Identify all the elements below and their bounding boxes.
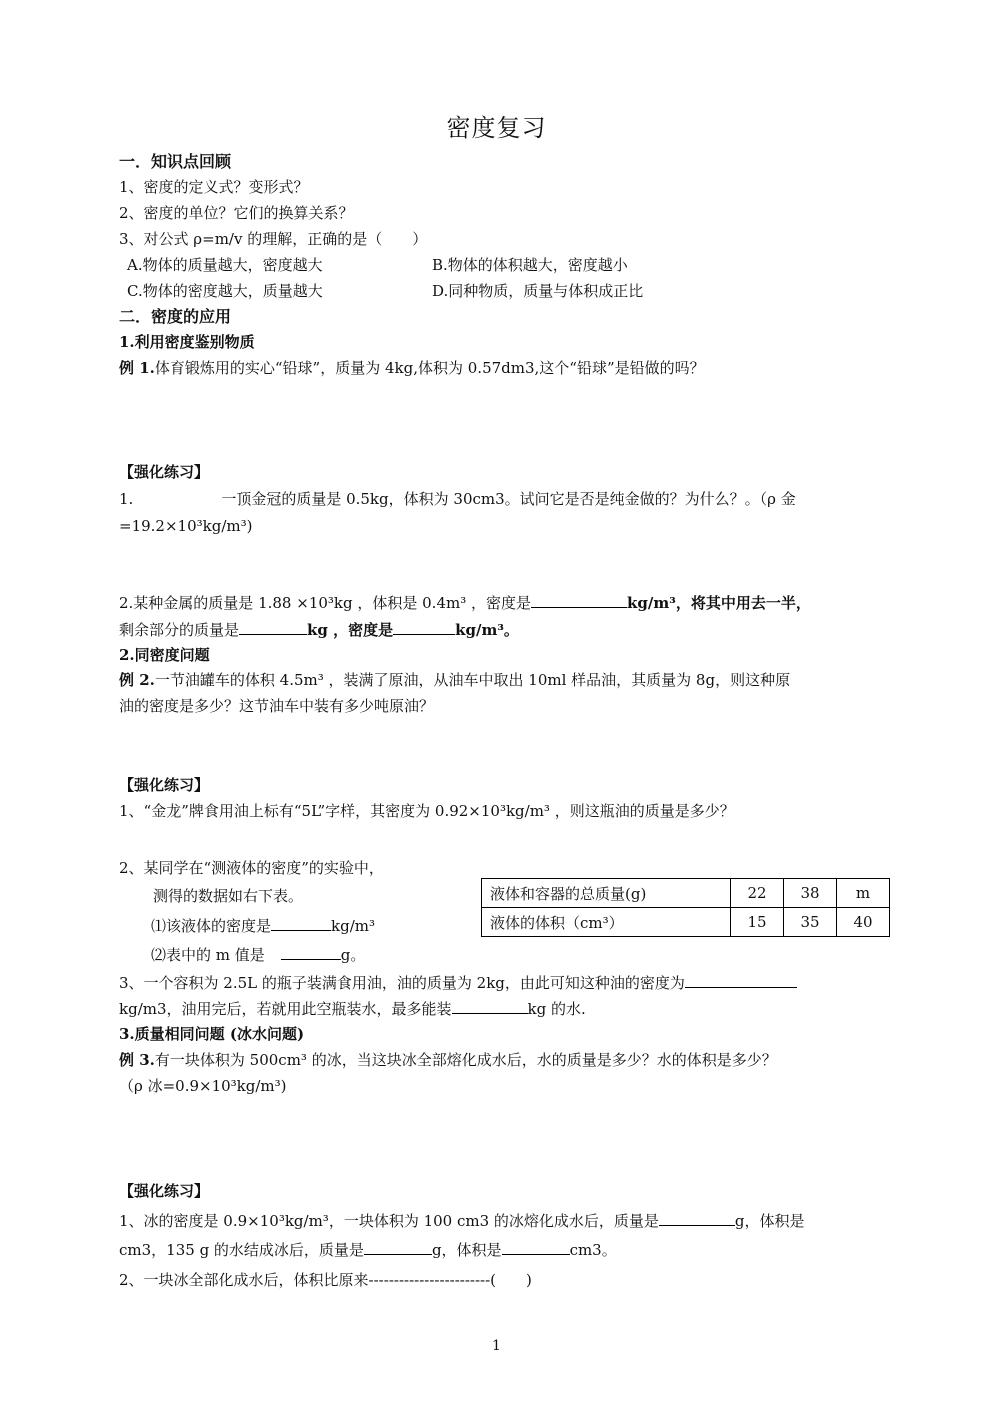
page-title: 密度复习 xyxy=(0,108,993,143)
practice-1-2-text-e: kg/m³。 xyxy=(455,621,519,639)
practice-1-1-number: 1. xyxy=(119,490,133,508)
example-1-label: 例 1. xyxy=(119,359,155,377)
practice-3-1-text-c: cm3，135 g 的水结成冰后，质量是 xyxy=(119,1241,364,1259)
option-c: C.物体的密度越大，质量越大 xyxy=(127,281,323,301)
question-3: 3、对公式 ρ=m/v 的理解，正确的是（ ） xyxy=(119,229,427,249)
practice-2-2-q2-unit: g。 xyxy=(341,946,366,964)
practice-1-1-cont: =19.2×10³kg/m³) xyxy=(119,516,252,536)
example-2: 例 2.一节油罐车的体积 4.5m³ ，装满了原油，从油车中取出 10ml 样品… xyxy=(119,670,790,690)
practice-2-3-text-b: kg/m3，油用完后，若就用此空瓶装水，最多能装 xyxy=(119,1000,452,1018)
practice-2-3-text-a: 3、一个容积为 2.5L 的瓶子装满食用油，油的质量为 2kg，由此可知这种油的… xyxy=(119,974,685,992)
practice-1-2-text-d: kg ，密度是 xyxy=(307,621,393,639)
practice-3-1: 1、冰的密度是 0.9×10³kg/m³，一块体积为 100 cm3 的冰熔化成… xyxy=(119,1211,805,1231)
question-2: 2、密度的单位？它们的换算关系？ xyxy=(119,203,354,223)
table-cell: 15 xyxy=(731,908,784,937)
practice-3-2: 2、一块冰全部化成水后，体积比原来-----------------------… xyxy=(119,1270,532,1290)
answer-blank-water-mass[interactable] xyxy=(452,999,528,1014)
example-3-label: 例 3. xyxy=(119,1051,155,1069)
practice-2-2-q2: ⑵表中的 m 值是g。 xyxy=(151,945,365,965)
practice-2-3-text-c: kg 的水. xyxy=(528,1000,586,1018)
example-1-text: 体育锻炼用的实心“铅球”，质量为 4kg,体积为 0.57dm3,这个“铅球”是… xyxy=(155,359,705,377)
subsection-heading-1: 1.利用密度鉴别物质 xyxy=(119,332,255,352)
answer-blank-remaining-mass[interactable] xyxy=(239,620,307,635)
practice-2-2-intro: 2、某同学在“测液体的密度”的实验中， xyxy=(119,858,384,878)
answer-blank-density[interactable] xyxy=(531,593,627,608)
page-number: 1 xyxy=(0,1338,993,1354)
table-cell: 35 xyxy=(784,908,837,937)
example-3-cont: （ρ 冰=0.9×10³kg/m³) xyxy=(119,1076,287,1096)
example-2-label: 例 2. xyxy=(119,671,155,689)
table-cell-label: 液体的体积（cm³） xyxy=(482,908,731,937)
practice-1-1: 1.一顶金冠的质量是 0.5kg，体积为 30cm3。试问它是否是纯金做的？为什… xyxy=(119,489,796,509)
section-heading-application: 二．密度的应用 xyxy=(119,307,231,327)
table-cell: 40 xyxy=(837,908,890,937)
practice-2-2-q1: ⑴该液体的密度是kg/m³ xyxy=(151,916,375,936)
practice-2-2-line2: 测得的数据如右下表。 xyxy=(153,886,303,906)
table-cell: 22 xyxy=(731,879,784,908)
section-heading-review: 一．知识点回顾 xyxy=(119,152,231,172)
answer-blank-ice-volume[interactable] xyxy=(502,1240,570,1255)
answer-blank-m-value[interactable] xyxy=(281,945,341,960)
table-row: 液体和容器的总质量(g) 22 38 m xyxy=(482,879,890,908)
example-2-text: 一节油罐车的体积 4.5m³ ，装满了原油，从油车中取出 10ml 样品油，其质… xyxy=(155,671,790,689)
subsection-heading-2: 2.同密度问题 xyxy=(119,645,210,665)
example-1: 例 1.体育锻炼用的实心“铅球”，质量为 4kg,体积为 0.57dm3,这个“… xyxy=(119,358,705,378)
practice-2-1: 1、“金龙”牌食用油上标有“5L”字样，其密度为 0.92×10³kg/m³ ，… xyxy=(119,801,735,821)
practice-1-2: 2.某种金属的质量是 1.88 ×10³kg ，体积是 0.4m³ ，密度是kg… xyxy=(119,593,811,613)
measurement-table: 液体和容器的总质量(g) 22 38 m 液体的体积（cm³） 15 35 40 xyxy=(481,878,890,937)
option-a: A.物体的质量越大，密度越大 xyxy=(127,255,323,275)
answer-blank-liquid-density[interactable] xyxy=(271,916,331,931)
practice-1-2-cont: 剩余部分的质量是kg ，密度是kg/m³。 xyxy=(119,620,519,640)
practice-heading-1: 【强化练习】 xyxy=(119,462,209,482)
practice-1-2-text-a: 2.某种金属的质量是 1.88 ×10³kg ，体积是 0.4m³ ，密度是 xyxy=(119,594,531,612)
answer-blank-oil-density[interactable] xyxy=(685,973,797,988)
question-1: 1、密度的定义式？变形式？ xyxy=(119,177,309,197)
table-cell-label: 液体和容器的总质量(g) xyxy=(482,879,731,908)
worksheet-page: 密度复习 一．知识点回顾 1、密度的定义式？变形式？ 2、密度的单位？它们的换算… xyxy=(0,0,993,1404)
practice-2-2-q2-text: ⑵表中的 m 值是 xyxy=(151,946,265,964)
practice-2-3: 3、一个容积为 2.5L 的瓶子装满食用油，油的质量为 2kg，由此可知这种油的… xyxy=(119,973,797,993)
table-row: 液体的体积（cm³） 15 35 40 xyxy=(482,908,890,937)
table-cell: 38 xyxy=(784,879,837,908)
practice-2-3-cont: kg/m3，油用完后，若就用此空瓶装水，最多能装kg 的水. xyxy=(119,999,586,1019)
option-b: B.物体的体积越大，密度越小 xyxy=(432,255,628,275)
practice-3-1-text-e: cm3。 xyxy=(570,1241,617,1259)
practice-2-2-q1-text: ⑴该液体的密度是 xyxy=(151,917,271,935)
practice-3-1-cont: cm3，135 g 的水结成冰后，质量是g，体积是cm3。 xyxy=(119,1240,617,1260)
practice-3-1-text-d: g，体积是 xyxy=(432,1241,502,1259)
answer-blank-water-mass-g[interactable] xyxy=(659,1211,735,1226)
example-2-cont: 油的密度是多少？这节油车中装有多少吨原油？ xyxy=(119,696,434,716)
practice-3-1-text-a: 1、冰的密度是 0.9×10³kg/m³，一块体积为 100 cm3 的冰熔化成… xyxy=(119,1212,659,1230)
practice-heading-3: 【强化练习】 xyxy=(119,1181,209,1201)
subsection-heading-3: 3.质量相同问题 (冰水问题) xyxy=(119,1024,304,1044)
option-d: D.同种物质，质量与体积成正比 xyxy=(432,281,643,301)
practice-3-1-text-b: g，体积是 xyxy=(735,1212,805,1230)
example-3: 例 3.有一块体积为 500cm³ 的冰，当这块冰全部熔化成水后，水的质量是多少… xyxy=(119,1050,777,1070)
practice-1-1-text: 一顶金冠的质量是 0.5kg，体积为 30cm3。试问它是否是纯金做的？为什么？… xyxy=(221,490,795,508)
table-cell: m xyxy=(837,879,890,908)
answer-blank-remaining-density[interactable] xyxy=(393,620,455,635)
practice-1-2-text-c: 剩余部分的质量是 xyxy=(119,621,239,639)
answer-blank-ice-mass[interactable] xyxy=(364,1240,432,1255)
practice-heading-2: 【强化练习】 xyxy=(119,775,209,795)
practice-2-2-q1-unit: kg/m³ xyxy=(331,917,375,935)
practice-1-2-text-b: kg/m³，将其中用去一半， xyxy=(627,594,811,612)
example-3-text: 有一块体积为 500cm³ 的冰，当这块冰全部熔化成水后，水的质量是多少？水的体… xyxy=(155,1051,777,1069)
